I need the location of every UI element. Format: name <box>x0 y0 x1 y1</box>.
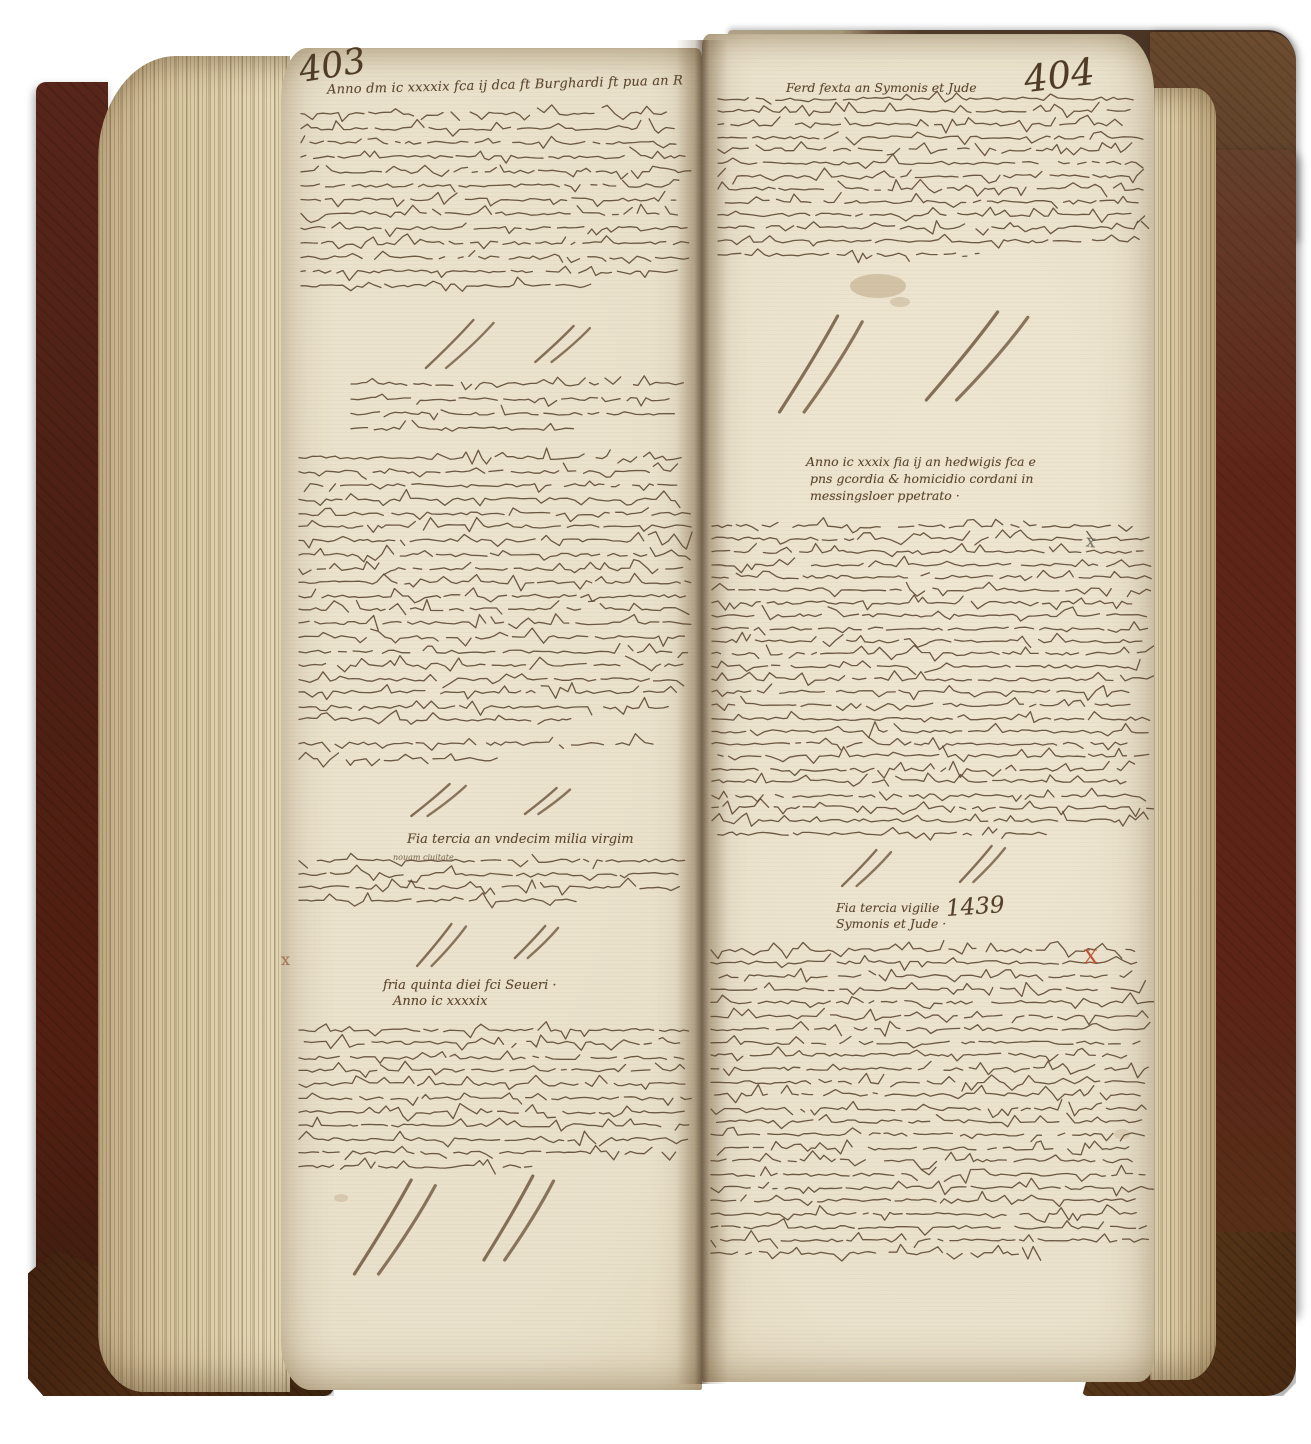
script-svg-right <box>702 34 1154 1382</box>
left-heading-anno: Anno ic xxxxix <box>393 994 487 1009</box>
right-page: Ferd fexta an Symonis et Jude 404 Anno i… <box>702 34 1154 1382</box>
right-heading-vigilie-line1: Fia tercia vigilie <box>836 900 939 915</box>
right-margin-x-mark-red: X <box>1084 946 1098 968</box>
right-page-number: 404 <box>1022 50 1097 101</box>
left-interlinear-note: nouam ciuitate <box>393 853 454 862</box>
right-heading-anno-line1: Anno ic xxxix fia ij an hedwigis fca e <box>806 454 1036 469</box>
right-running-header: Ferd fexta an Symonis et Jude <box>786 80 977 95</box>
left-margin-x-mark-faint: x <box>281 950 290 969</box>
right-heading-anno-line2: pns gcordia & homicidio cordani in <box>810 471 1033 486</box>
right-page-edges <box>1150 88 1216 1380</box>
script-svg-left <box>281 48 702 1390</box>
right-heading-year: 1439 <box>945 892 1005 922</box>
left-page-edges <box>98 56 290 1392</box>
right-cover <box>1212 150 1296 1320</box>
left-page: 403 Anno dm ic xxxxix fca ij dca ft Burg… <box>281 48 702 1390</box>
left-running-header: Anno dm ic xxxxix fca ij dca ft Burghard… <box>327 73 683 97</box>
left-heading-feria-quinta: fria quinta diei fci Seueri · <box>383 978 557 993</box>
right-heading-vigilie-line2: Symonis et Jude · <box>836 916 946 931</box>
right-margin-x-mark-gray: x <box>1085 531 1097 552</box>
left-heading-undecim-milia: Fia tercia an vndecim milia virgim <box>407 832 634 847</box>
right-heading-anno-line3: messingsloer ppetrato · <box>810 488 960 503</box>
